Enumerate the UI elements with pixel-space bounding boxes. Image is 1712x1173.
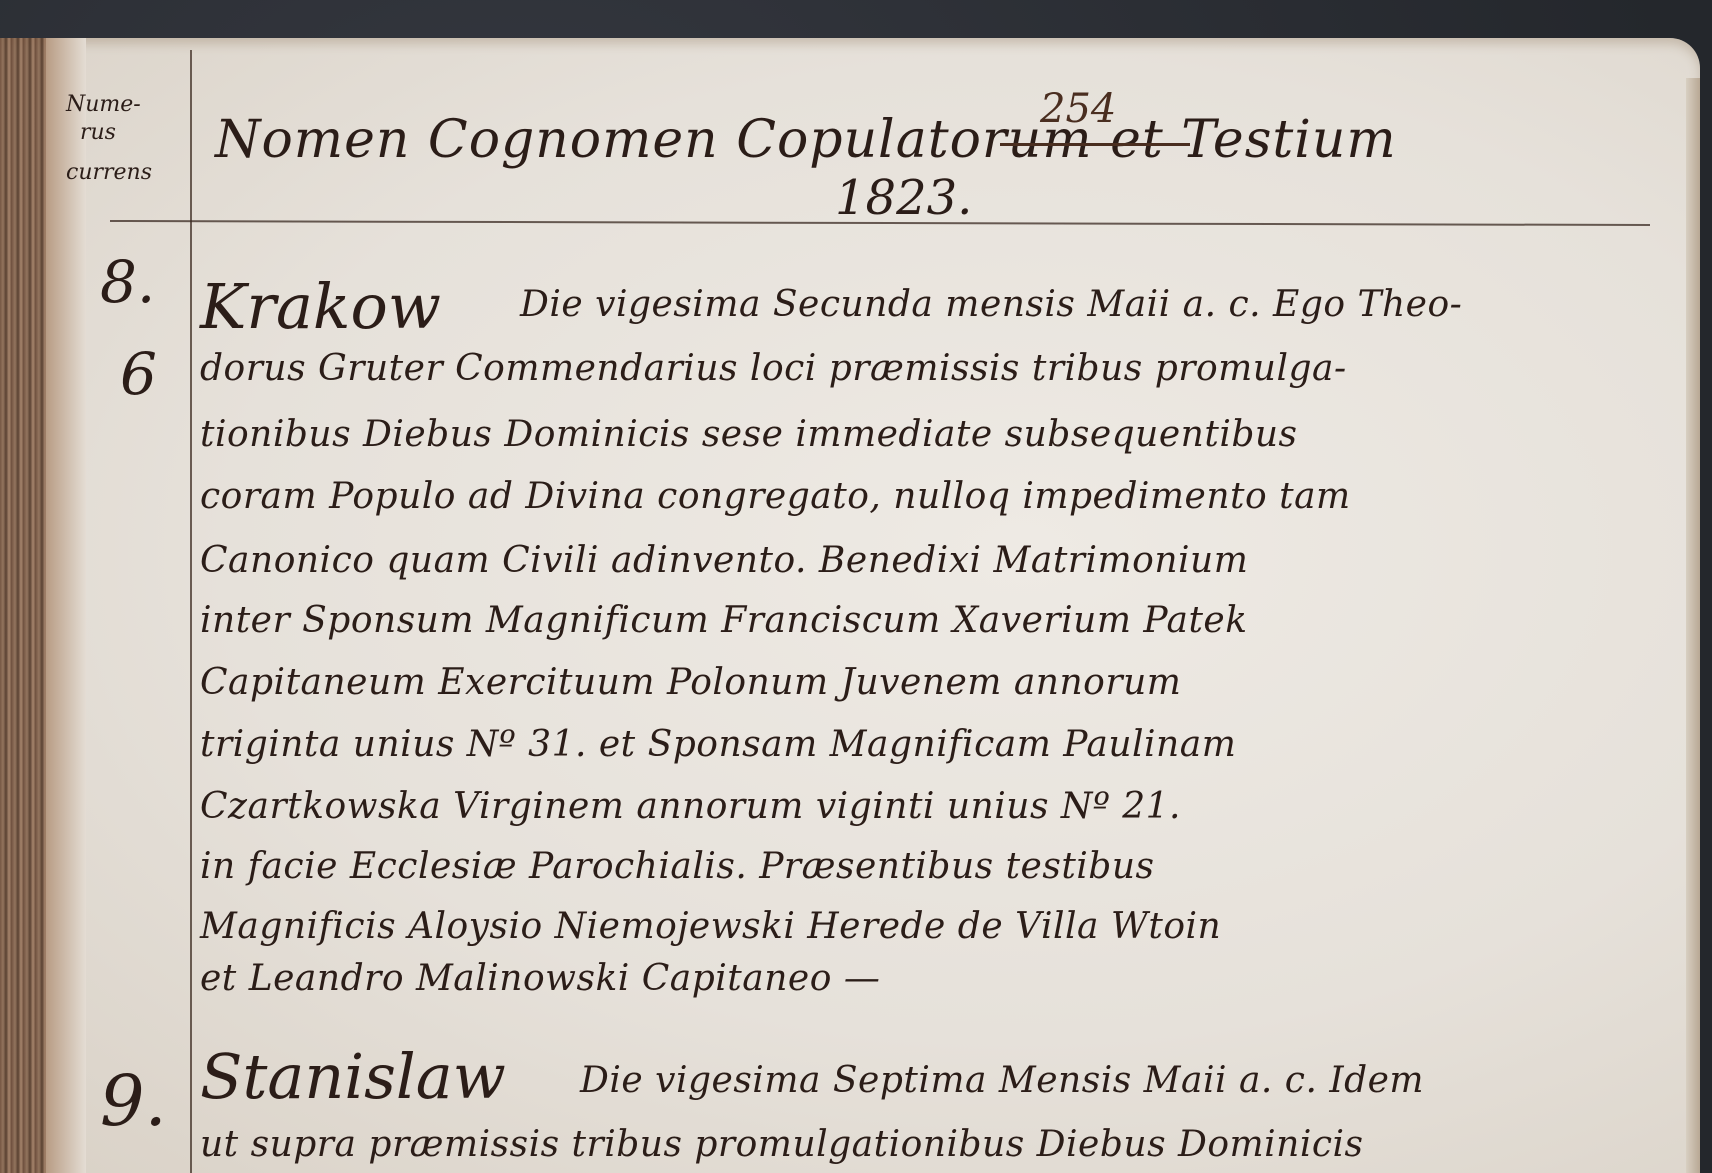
column-rule [190,50,192,1173]
entry-line: ut supra præmissis tribus promulgationib… [200,1124,1364,1165]
column-header-line-1: Nume- [66,92,141,118]
entry-subnumber: 6 [120,340,157,408]
entry-line: Capitaneum Exercituum Polonum Juvenem an… [200,662,1181,703]
page-title: Nomen Cognomen Copulatorum et Testium [215,110,1397,170]
entry-line: Canonico quam Civili adinvento. Benedixi… [200,540,1248,581]
entry-number: 9. [100,1060,167,1142]
folio-number: 254 [1040,86,1116,132]
column-header-line-2: rus [80,120,116,146]
entry-line: Czartkowska Virginem annorum viginti uni… [200,786,1181,827]
column-header-line-3: currens [66,160,152,186]
entry-line: inter Sponsum Magnificum Franciscum Xave… [200,600,1248,641]
entry-line: et Leandro Malinowski Capitaneo — [200,958,880,999]
entry-line: Magnificis Aloysio Niemojewski Herede de… [200,906,1221,947]
book-spine [0,38,46,1173]
entry-line: coram Populo ad Divina congregato, nullo… [200,476,1351,517]
entry-line: Die vigesima Secunda mensis Maii a. c. E… [520,284,1462,325]
year: 1823. [835,170,972,226]
entry-place: Stanislaw [200,1040,506,1113]
entry-line: Die vigesima Septima Mensis Maii a. c. I… [580,1060,1424,1101]
entry-line: in facie Ecclesiæ Parochialis. Præsentib… [200,846,1155,887]
entry-number: 8. [100,248,155,316]
entry-line: tionibus Diebus Dominicis sese immediate… [200,414,1298,455]
entry-line: dorus Gruter Commendarius loci præmissis… [200,348,1347,389]
entry-line: triginta unius Nº 31. et Sponsam Magnifi… [200,724,1236,765]
page-gutter [46,38,86,1173]
entry-place: Krakow [200,270,441,343]
folio-underline [1000,143,1190,146]
